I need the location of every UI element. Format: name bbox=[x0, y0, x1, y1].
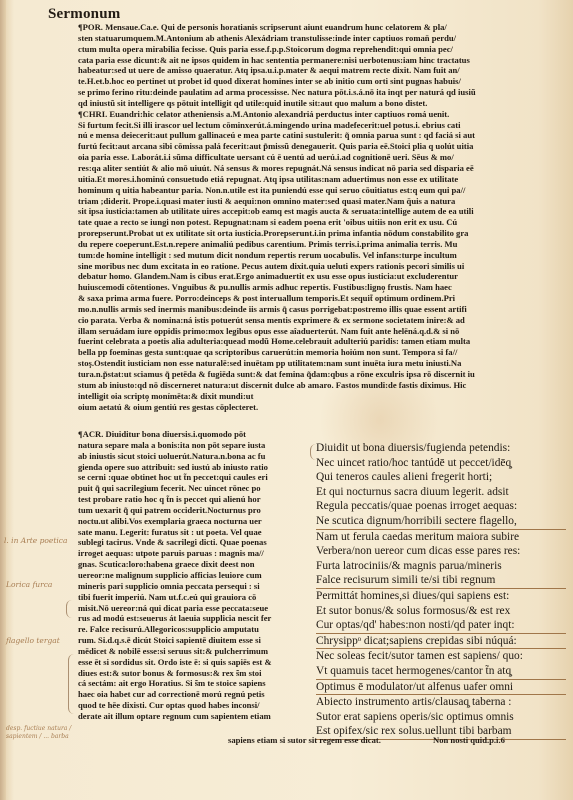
text-line: noctu.ut alibi.Vos exemplaria graeca noc… bbox=[78, 516, 312, 527]
text-line: res:qa aliter sentiút & alio mō uiuút. N… bbox=[78, 163, 560, 174]
text-line: nú e mensa deiecerit:aut pullum gallinac… bbox=[78, 130, 560, 141]
text-line: re. Falce recisurú.Allegoricos:supplicio… bbox=[78, 624, 312, 635]
catchword: Non nosti quid.p.i.6 bbox=[433, 735, 505, 746]
text-line: rum. Si.d.q.s.ē dicút Stoici sapientē di… bbox=[78, 635, 312, 646]
text-line: intelligit oia scripto̧ monímēta:& dixit… bbox=[78, 391, 560, 402]
text-line: Si furtum fecit.Si illi irascor uel lect… bbox=[78, 120, 560, 131]
text-line: diues est:& sutor bonus & formosus:& rex… bbox=[78, 668, 312, 679]
text-line: furtú fecit:aut arcana sibi cōmissa palá… bbox=[78, 141, 560, 152]
text-line: esse ēt si sordidus sit. Ordo iste ē: si… bbox=[78, 657, 312, 668]
text-line: hominum q̧ uitia habeantur paria. Non.n.… bbox=[78, 185, 560, 196]
margin-bracket bbox=[66, 600, 73, 618]
text-line: sate manu. Legerit: furatus sit : ut poe… bbox=[78, 527, 312, 538]
text-line: debatur homo. Glandem.Nam is cibus erat.… bbox=[78, 271, 560, 282]
text-line: fuerint celebrata a poetis alia adulteri… bbox=[78, 336, 560, 347]
text-line: sit ipsa iusticia:tamen ab utilitate uir… bbox=[78, 206, 560, 217]
text-line: te.H.c̶t.b.hoc eo pertinet ut probet id … bbox=[78, 76, 560, 87]
text-line: Nam ut ferula caedas meritum maiora subi… bbox=[316, 530, 566, 545]
text-line: Verbera/non uereor cum dicas esse pares … bbox=[316, 544, 566, 559]
text-line: bella pp foeminas gesta sunt:quae qa scr… bbox=[78, 347, 560, 358]
text-line: natura separe mala a bonis:ita non pōt s… bbox=[78, 440, 312, 451]
marginal-note: l. in Arte poetica bbox=[4, 536, 67, 545]
text-line: Cur optas/qd' habes:non nosti/qd pater i… bbox=[316, 618, 566, 634]
text-line: Ne scutica dignum/horribili sectere flag… bbox=[316, 514, 566, 530]
text-line: stoş.Ostendit iusticiam non esse natura… bbox=[78, 358, 560, 369]
verse-block: Diuidit ut bona diuersis/fugienda petend… bbox=[316, 441, 566, 740]
text-line: ¶POR. Mensaue.Ca.e. Qui de personis hora… bbox=[78, 22, 560, 33]
commentary-lower-left: ¶ACR. Diuiditur bona diuersis.i.quomodo … bbox=[78, 429, 312, 722]
text-line: triam ;diderit. Prope.i.quasi mater iust… bbox=[78, 196, 560, 207]
text-line: ¶ACR. Diuiditur bona diuersis.i.quomodo … bbox=[78, 429, 312, 440]
text-line: puit q̃ qui sacrilegium fecerit. Nec uin… bbox=[78, 483, 312, 494]
text-line: Optimus ē modulator/ut alfenus uafer omn… bbox=[316, 680, 566, 696]
text-line: oium aetatú & oium gentiú res gestas cōp… bbox=[78, 402, 560, 413]
marginal-note: Lorica furca bbox=[6, 580, 52, 589]
text-line: Sutor erat sapiens operis/sic optimus om… bbox=[316, 710, 566, 725]
text-line: ¶CHRI. Euandri:hic celator atheniensis a… bbox=[78, 109, 560, 120]
text-line: Regula peccatis/quae poenas irroget aequ… bbox=[316, 499, 566, 514]
text-line: uitia.Et mores.i.hominú consuetudo etiá … bbox=[78, 174, 560, 185]
text-line: Furta latrociniis/& magnis parua/mineris bbox=[316, 559, 566, 574]
text-line: tate quae a recto se iungi non potest. R… bbox=[78, 217, 560, 228]
text-line: cá sectám: ait ergo Horatius. Si s̃m te … bbox=[78, 678, 312, 689]
text-line: habeatur:sed ut uere de amisso quaeratur… bbox=[78, 65, 560, 76]
commentary-block: ¶POR. Mensaue.Ca.e. Qui de personis hora… bbox=[78, 22, 560, 412]
marginal-note: desp. fuctiue natura / sapientem / ... b… bbox=[6, 725, 76, 741]
text-line: illam seruádam iure oppidis primo:mox le… bbox=[78, 326, 560, 337]
text-line: ctum multa opera mirabilia fecisse. Quis… bbox=[78, 44, 560, 55]
text-line: mēdicet & nobilē esse:si seruus sit:& pu… bbox=[78, 646, 312, 657]
text-line: tura.n.p̃stat:ut sciamus q̃ petēda & fug… bbox=[78, 369, 560, 380]
text-line: stum ab iniusto:qd nō discerneret natura… bbox=[78, 380, 560, 391]
text-line: rus ad modú est:seuerus át laeuia suppli… bbox=[78, 613, 312, 624]
text-line: du repere coeperunt.Est.n.repere animali… bbox=[78, 239, 560, 250]
text-line: prorepserunt.Probat ut ex utilitate sit … bbox=[78, 228, 560, 239]
running-head: Sermonum bbox=[48, 6, 120, 23]
text-line: gnas. Scutica:loro:habena graece dixit d… bbox=[78, 559, 312, 570]
text-line: se cerni :quae obtinet hoc ut t̃n peccet… bbox=[78, 472, 312, 483]
text-line: se primo ferino ritu:deinde paulatim ad … bbox=[78, 87, 560, 98]
text-line: huiuscemodi cōtentiones. Vnguibus & pu.n… bbox=[78, 282, 560, 293]
text-line: mo.n.nullis armis sed inermis manibus:de… bbox=[78, 304, 560, 315]
text-line: cata paria esse dicunt:& ait ne ipsos qu… bbox=[78, 55, 560, 66]
text-line: Qui teneros caules alieni fregerit horti… bbox=[316, 470, 566, 485]
text-line: sublegi tacirus. Vnde & sacrilegi dicti.… bbox=[78, 537, 312, 548]
text-line: sine moribus nec dum excitata in eo rati… bbox=[78, 261, 560, 272]
text-line: Chrysippᵒ dicat;sapiens crepidas sibi nú… bbox=[316, 634, 566, 650]
text-line: tum:de homine intelligit : sed mutum dic… bbox=[78, 250, 560, 261]
text-line: Vt quamuis tacet hermogenes/cantor t̃n a… bbox=[316, 664, 566, 680]
text-line: derate ait illum optare regnum cum sapie… bbox=[78, 711, 312, 722]
text-line: Nec soleas fecit/sutor tamen est sapiens… bbox=[316, 649, 566, 664]
text-line: & saxa prima arma fuere. Porro:deinceps … bbox=[78, 293, 560, 304]
book-page: Sermonum ¶POR. Mensaue.Ca.e. Qui de pers… bbox=[0, 0, 573, 800]
text-line: ab iniustis sicut stoici uoluerút.Natura… bbox=[78, 451, 312, 462]
text-line: misit.Nō uereor:ná qui dicat paria esse … bbox=[78, 603, 312, 614]
text-line: cio parata. Verba & nomina:ná istis potu… bbox=[78, 315, 560, 326]
text-line: Nec uincet ratio/hoc tantúdē ut peccet/i… bbox=[316, 456, 566, 471]
text-line: test probare ratio hoc q̧ t̃n is peccet … bbox=[78, 494, 312, 505]
text-line: haec oia habet cur ad correctionē morú r… bbox=[78, 689, 312, 700]
text-line: Falce recisurum simili te/si tibi regnum bbox=[316, 573, 566, 589]
text-line: Permittát homines,si diues/qui sapiens e… bbox=[316, 589, 566, 604]
margin-bracket bbox=[68, 654, 75, 714]
text-line: Abiecto instrumento artis/clausaq̧ taber… bbox=[316, 695, 566, 710]
text-line: tibi fuerit imperiú. Nam ut.f.c.eú qui g… bbox=[78, 592, 312, 603]
text-line: Diuidit ut bona diuersis/fugienda petend… bbox=[316, 441, 566, 456]
text-line: sten statuarumquem.M.Antonium ab athenis… bbox=[78, 33, 560, 44]
text-line: oia paria esse. Laborát.i.i sũma diffic… bbox=[78, 152, 560, 163]
text-line: Et qui nocturnus sacra diuum legerit. ad… bbox=[316, 485, 566, 500]
text-line: mineris pari supplicio omnia peccata per… bbox=[78, 581, 312, 592]
footer-text: sapiens etiam si sutor sit regem esse di… bbox=[228, 735, 381, 746]
text-line: quod te hēe dixisti. Cur optas quod habe… bbox=[78, 700, 312, 711]
text-line: tum uexarit q̃ qui patrem occiderit.Noct… bbox=[78, 505, 312, 516]
marginal-note: flagello tergat bbox=[6, 636, 60, 645]
text-line: gienda opere suo attribuit: sed iustú ab… bbox=[78, 462, 312, 473]
page-gutter bbox=[0, 0, 6, 800]
text-line: Et sutor bonus/& solus formosus/& est re… bbox=[316, 604, 566, 619]
text-line: irroget aequas: utpote paruis paruas : m… bbox=[78, 548, 312, 559]
text-line: uereor:ne malignum supplicio afficias le… bbox=[78, 570, 312, 581]
text-line: qd iniustũ sit intelligere qs pōtuit in… bbox=[78, 98, 560, 109]
